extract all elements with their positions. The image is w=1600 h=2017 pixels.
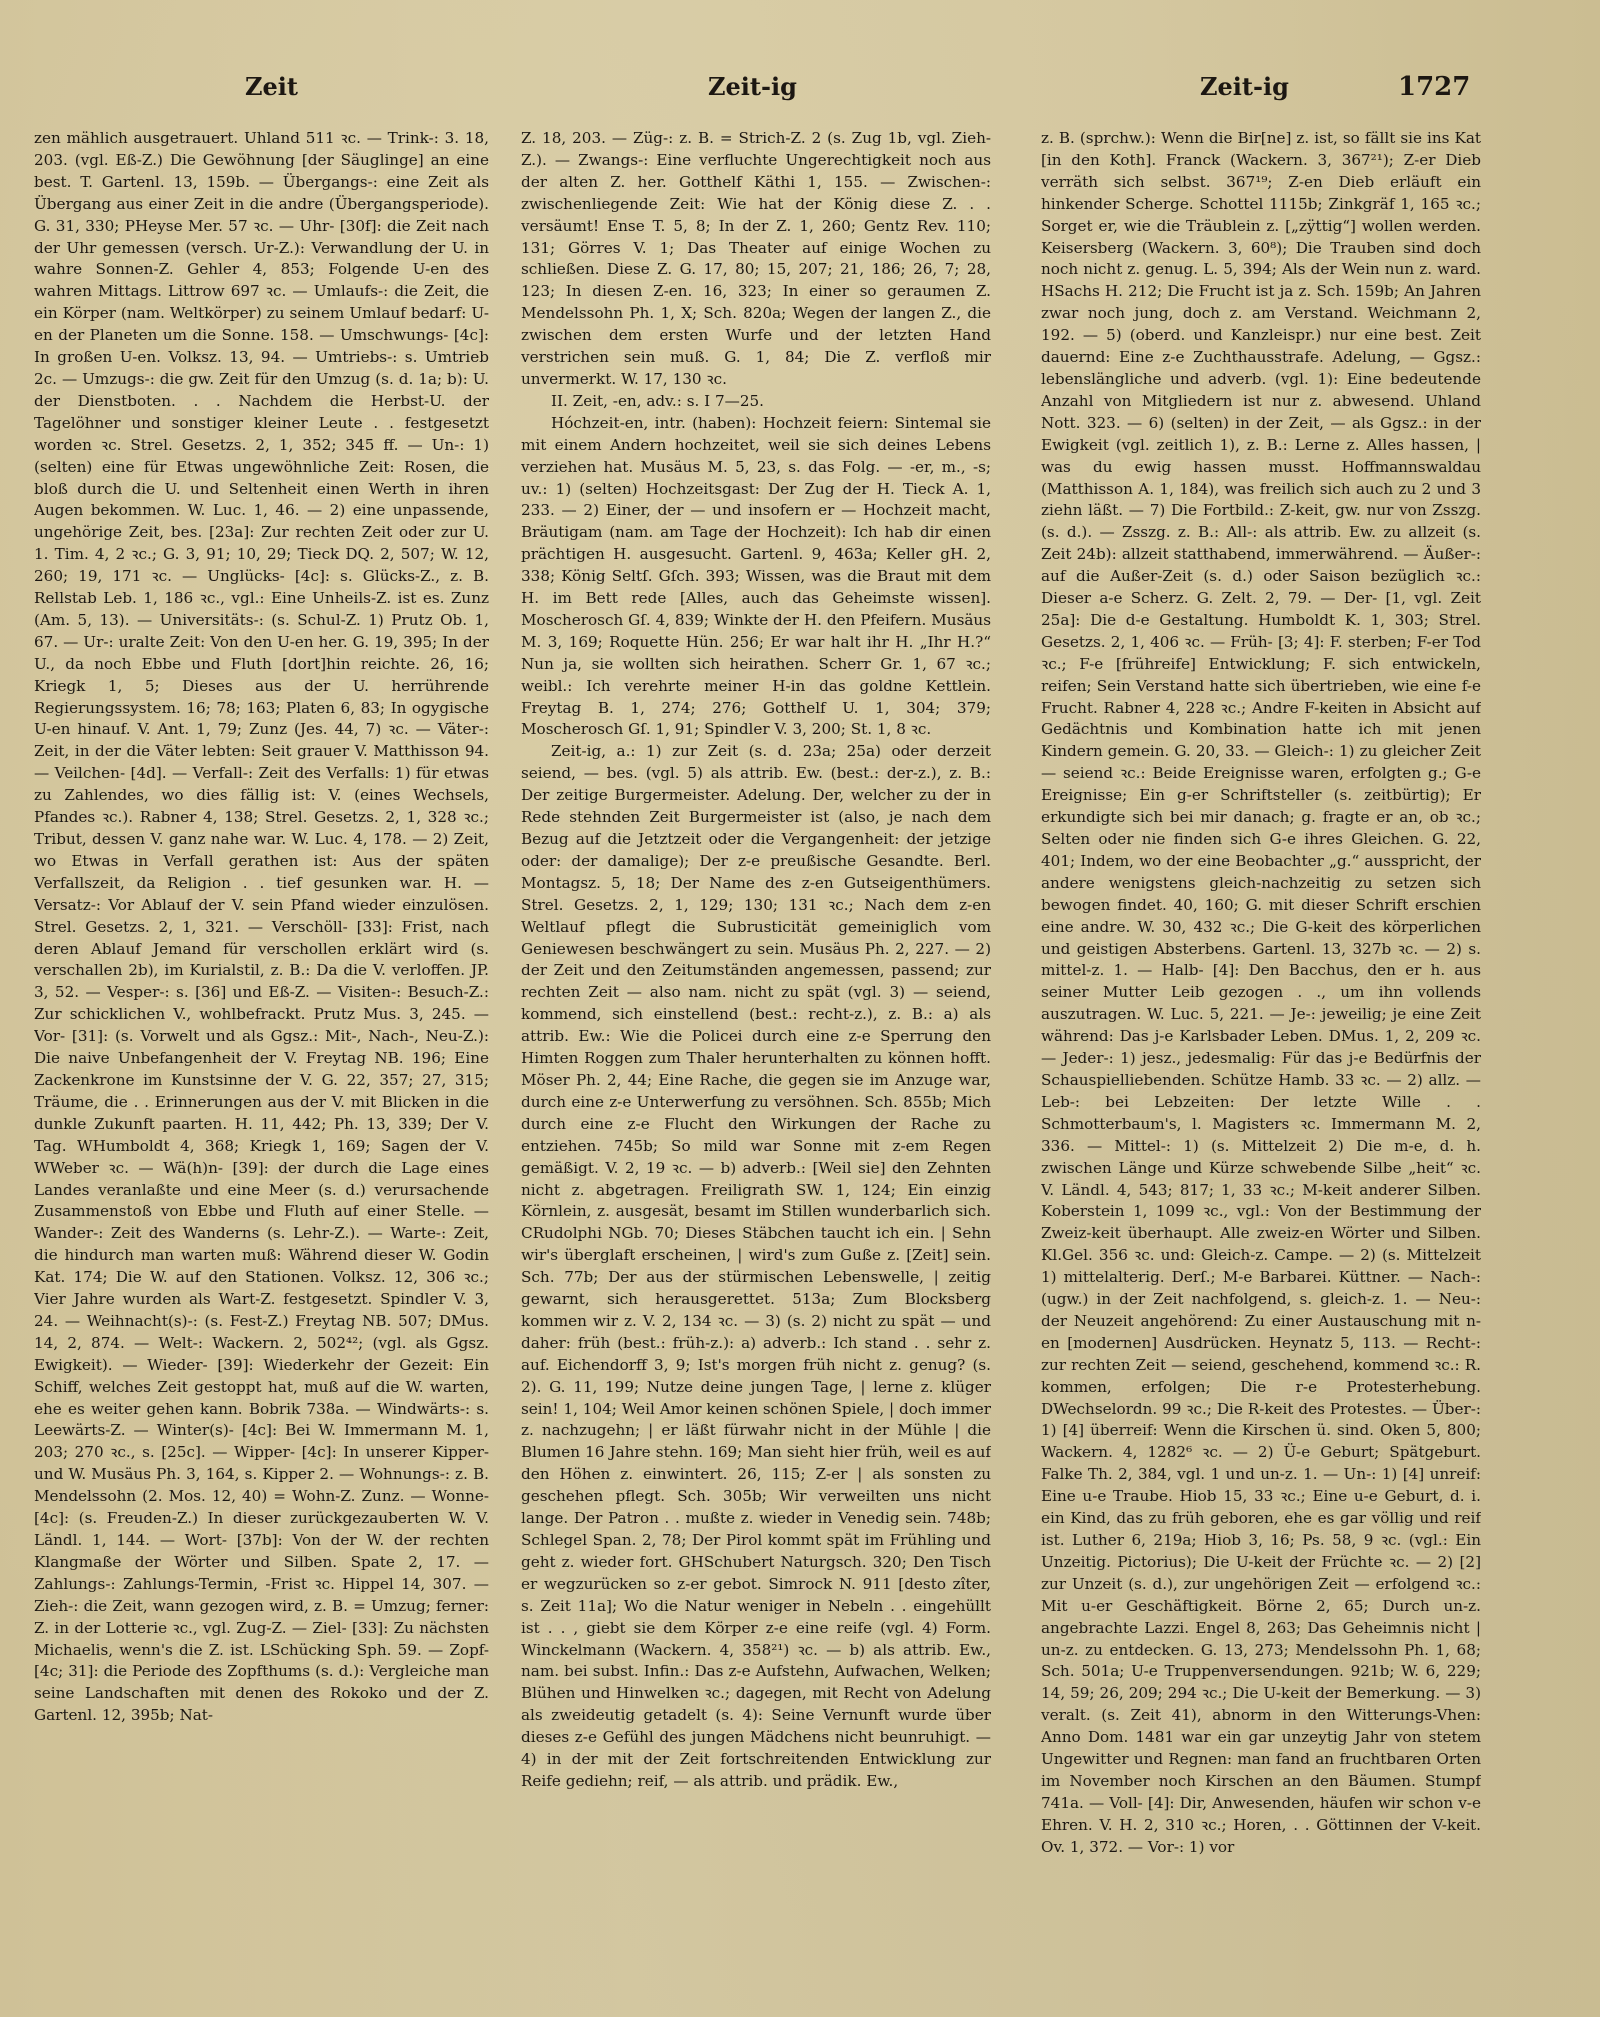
column-2-entry-zeit-adv: II. Zeit, -en, adv.: s. I 7—25. [521, 391, 991, 413]
running-head-left: Zeit [245, 72, 298, 101]
column-3-text: z. B. (sprchw.): Wenn die Bir[ne] z. ist… [1041, 128, 1481, 1859]
column-2-entry-hochzeiten: Hóchzeit-en, intr. (haben): Hochzeit fei… [521, 413, 991, 742]
column-2-entry-zeitig: Zeit-ig, a.: 1) zur Zeit (s. d. 23a; 25a… [521, 741, 991, 1793]
column-2-text-a: Z. 18, 203. — Züg-: z. B. = Strich-Z. 2 … [521, 128, 991, 391]
column-3: z. B. (sprchw.): Wenn die Bir[ne] z. ist… [1041, 128, 1481, 1898]
column-2: Z. 18, 203. — Züg-: z. B. = Strich-Z. 2 … [521, 128, 991, 1898]
page-number: 1727 [1398, 72, 1470, 102]
running-head-right: Zeit-ig [1200, 72, 1289, 101]
running-head: Zeit Zeit-ig Zeit-ig 1727 [0, 72, 1600, 112]
dictionary-page: Zeit Zeit-ig Zeit-ig 1727 zen mählich au… [0, 0, 1600, 2017]
column-1: zen mählich ausgetrauert. Uhland 511 ꝛc.… [34, 128, 489, 1898]
column-1-text: zen mählich ausgetrauert. Uhland 511 ꝛc.… [34, 128, 489, 1727]
text-columns: zen mählich ausgetrauert. Uhland 511 ꝛc.… [32, 128, 1482, 1898]
running-head-center: Zeit-ig [708, 72, 797, 101]
